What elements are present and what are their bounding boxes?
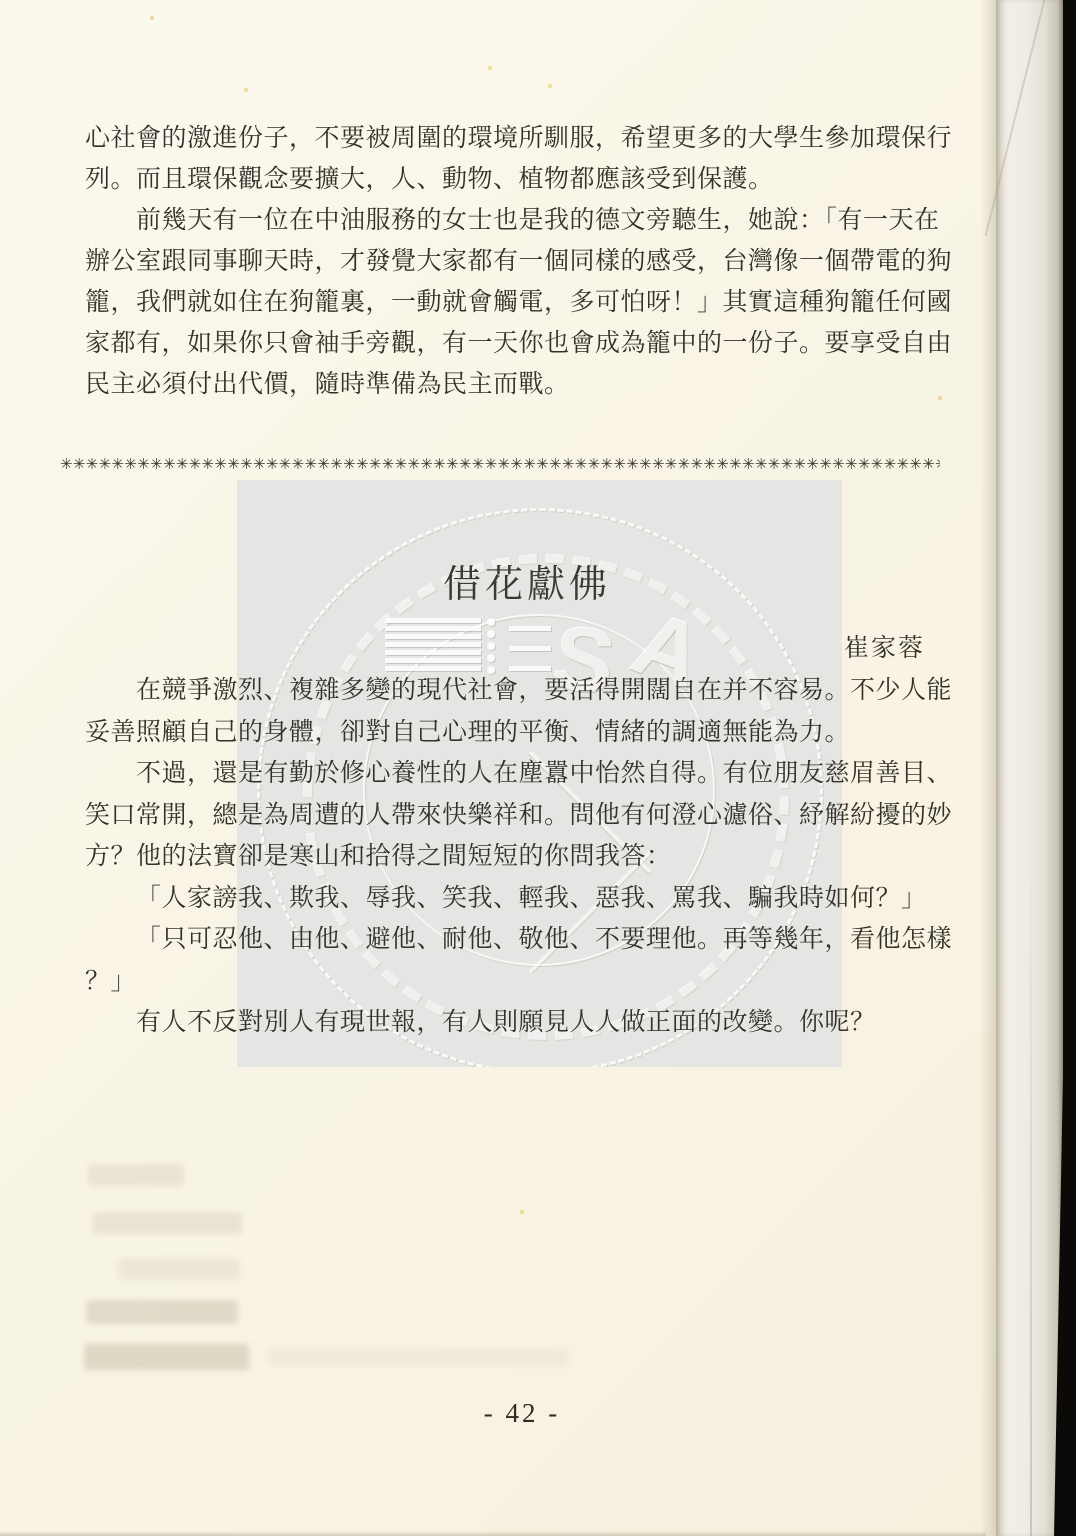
text-line: 「人家謗我、欺我、辱我、笑我、輕我、惡我、罵我、騙我時如何？」 xyxy=(85,878,951,920)
scanner-background-wedge xyxy=(1054,1076,1063,1536)
bleed-through-ghost xyxy=(86,1300,238,1324)
paper-speck xyxy=(488,66,492,70)
bleed-through-ghost xyxy=(268,1348,568,1366)
asterisk-divider: ✳✳✳✳✳✳✳✳✳✳✳✳✳✳✳✳✳✳✳✳✳✳✳✳✳✳✳✳✳✳✳✳✳✳✳✳✳✳✳✳… xyxy=(60,452,940,478)
article-author: 崔家蓉 xyxy=(0,628,925,664)
text-line: 妥善照顧自己的身體，卻對自己心理的平衡、情緒的調適無能為力。 xyxy=(85,712,951,754)
article-body: 在競爭激烈、複雜多變的現代社會，要活得開闊自在并不容易。不少人能 妥善照顧自己的… xyxy=(85,670,951,1044)
text-line: 民主必須付出代價，隨時準備為民主而戰。 xyxy=(85,364,951,405)
text-line: 笑口常開，總是為周遭的人帶來快樂祥和。問他有何澄心濾俗、紓解紛擾的妙 xyxy=(85,795,951,837)
text-line: 辦公室跟同事聊天時，才發覺大家都有一個同樣的感受，台灣像一個帶電的狗 xyxy=(85,241,951,282)
text-line: 心社會的激進份子，不要被周圍的環境所馴服，希望更多的大學生參加環保行 xyxy=(85,118,951,159)
bleed-through-ghost xyxy=(118,1258,240,1280)
paper-speck xyxy=(548,84,552,88)
text-line: 有人不反對別人有現世報，有人則願見人人做正面的改變。你呢？ xyxy=(85,1002,951,1044)
text-line: 列。而且環保觀念要擴大，人、動物、植物都應該受到保護。 xyxy=(85,159,951,200)
scanned-page: S A 心社會的激進份子，不要被周圍的環境所馴服，希望更多的大學生參加環保行 列… xyxy=(0,0,1076,1536)
paper-speck xyxy=(150,16,154,20)
page-number: - 42 - xyxy=(72,1398,972,1429)
bleed-through-ghost xyxy=(92,1212,242,1234)
text-line: 方？他的法寶卻是寒山和拾得之間短短的你問我答： xyxy=(85,836,951,878)
seal-stripe xyxy=(385,618,481,623)
intro-paragraphs: 心社會的激進份子，不要被周圍的環境所馴服，希望更多的大學生參加環保行 列。而且環… xyxy=(85,118,951,405)
article-title: 借花獻佛 xyxy=(77,553,977,608)
paper-speck xyxy=(938,396,942,400)
paper-speck xyxy=(244,88,248,92)
page-bottom-shadow xyxy=(0,1531,986,1536)
text-line: 前幾天有一位在中油服務的女士也是我的德文旁聽生，她說：「有一天在 xyxy=(85,200,951,241)
paper-speck xyxy=(520,1210,524,1214)
text-line: 「只可忍他、由他、避他、耐他、敬他、不要理他。再等幾年，看他怎樣 xyxy=(85,919,951,961)
seal-dot xyxy=(487,618,495,626)
text-line: 不過，還是有勤於修心養性的人在塵囂中怡然自得。有位朋友慈眉善目、 xyxy=(85,753,951,795)
text-line: 在競爭激烈、複雜多變的現代社會，要活得開闊自在并不容易。不少人能 xyxy=(85,670,951,712)
scanner-background-edge xyxy=(1063,0,1076,1536)
text-line: 籠，我們就如住在狗籠裏，一動就會觸電，多可怕呀！」其實這種狗籠任何國 xyxy=(85,282,951,323)
bleed-through-ghost xyxy=(84,1344,249,1370)
page-curl-line xyxy=(1030,845,1032,1536)
bleed-through-ghost xyxy=(88,1164,184,1186)
text-line: ？」 xyxy=(85,961,951,1003)
text-line: 家都有，如果你只會袖手旁觀，有一天你也會成為籠中的一份子。要享受自由 xyxy=(85,323,951,364)
